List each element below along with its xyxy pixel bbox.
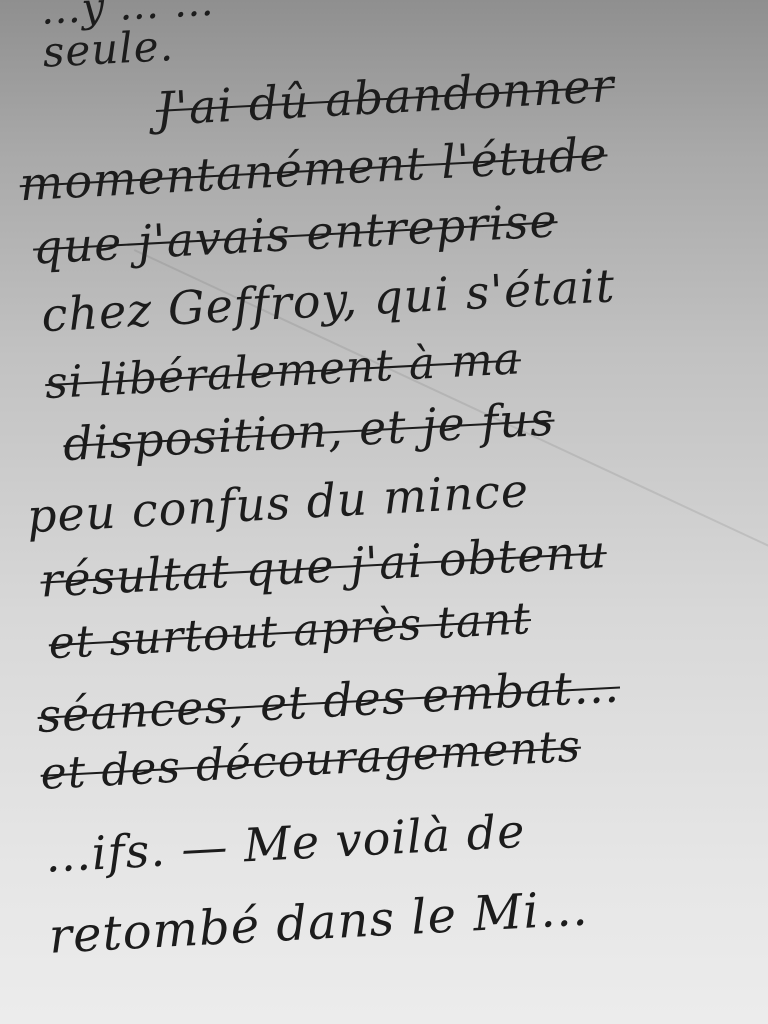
text-line-14: retombé dans le Mi… [48,880,590,964]
text-line-1: seule. [42,21,175,77]
text-line-13: …ifs. — Me voilà de [43,804,526,883]
handwritten-letter: …y … … seule. J'ai dû abandonner momenta… [0,0,768,1023]
text-line-2: J'ai dû abandonner [155,58,616,136]
text-line-5: chez Geffroy, qui s'était [40,258,616,342]
text-line-10: et surtout après tant [47,593,532,669]
